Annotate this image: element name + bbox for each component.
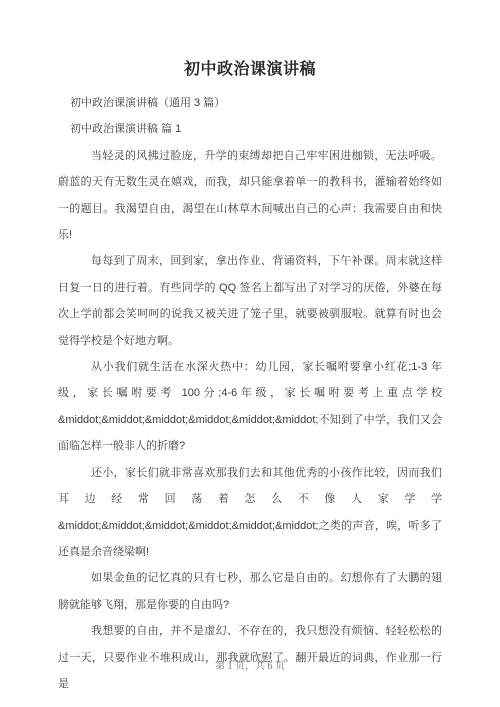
body-paragraph: 我想要的自由，并不是虚幻、不存在的，我只想没有烦恼、轻轻松松的过一天，只要作业不… (58, 618, 442, 697)
document-body: 初中政治课演讲稿（通用 3 篇） 初中政治课演讲稿 篇 1 当轻灵的风拂过脸庞，… (58, 90, 442, 697)
document-title: 初中政治课演讲稿 (58, 58, 442, 82)
body-paragraph: 还小，家长们就非常喜欢那我们去和其他优秀的小孩作比较，因而我们耳边经常回荡着怎么… (58, 460, 442, 566)
document-subtitle: 初中政治课演讲稿（通用 3 篇） (70, 90, 442, 116)
document-page: 初中政治课演讲稿 初中政治课演讲稿（通用 3 篇） 初中政治课演讲稿 篇 1 当… (0, 0, 500, 707)
section-heading: 初中政治课演讲稿 篇 1 (70, 116, 442, 142)
body-paragraph: 当轻灵的风拂过脸庞，升学的束缚却把自己牢牢困进枷锁，无法呼吸。蔚蓝的天有无数生灵… (58, 143, 442, 249)
body-paragraph: 从小我们就生活在水深火热中：幼儿园，家长嘱咐要拿小红花;1-3 年级，家长嘱咐要… (58, 354, 442, 460)
body-paragraph: 每每到了周末，回到家，拿出作业、背诵资料，下午补课。周末就这样日复一日的进行着。… (58, 248, 442, 354)
page-number-footer: 第 1 页，共 6 页 (0, 660, 500, 674)
body-paragraph: 如果金鱼的记忆真的只有七秒，那么它是自由的。幻想你有了大鹏的翅膀就能够飞翔，那是… (58, 565, 442, 618)
